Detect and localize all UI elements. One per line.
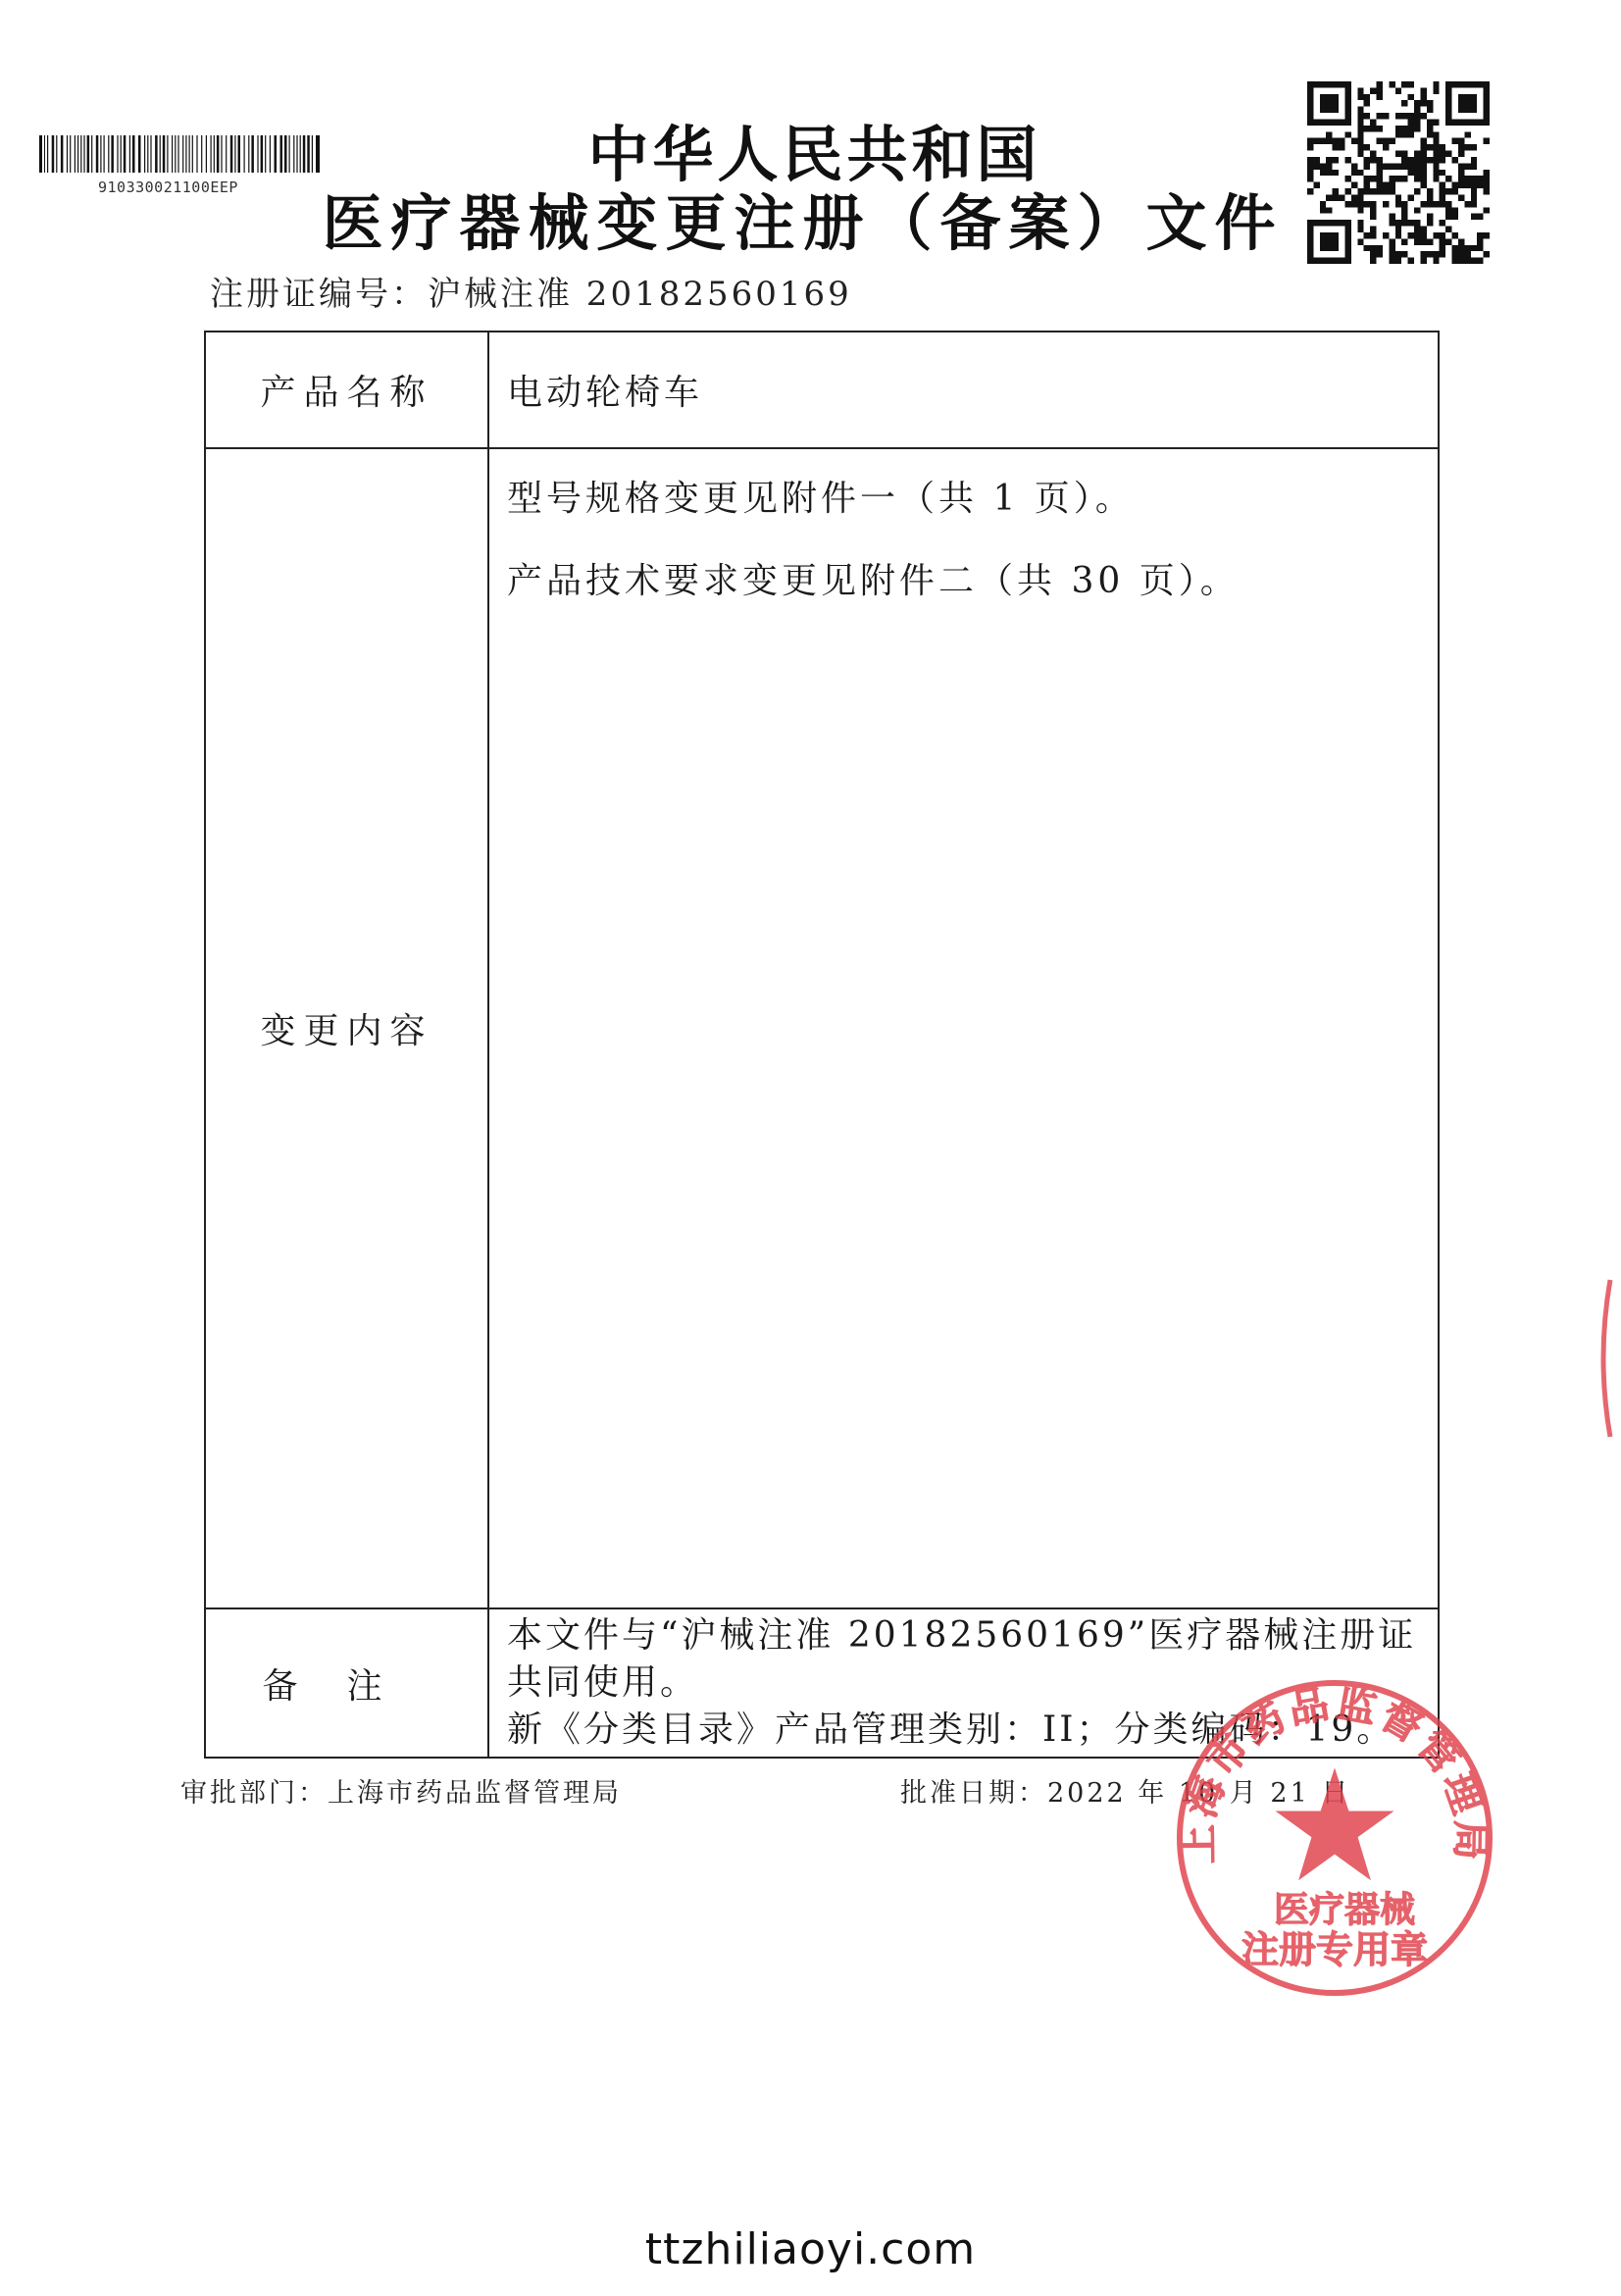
change-content-label: 变更内容 [205, 448, 488, 1608]
change-line-model-spec: 型号规格变更见附件一（共 1 页）。 [507, 469, 1438, 530]
table-row-change-content: 变更内容 型号规格变更见附件一（共 1 页）。 产品技术要求变更见附件二（共 3… [205, 448, 1439, 1608]
product-name-label: 产品名称 [205, 332, 488, 448]
svg-text:医疗器械: 医疗器械 [1274, 1889, 1415, 1930]
qr-code-icon [1307, 81, 1490, 264]
remarks-label: 备注 [205, 1608, 488, 1758]
registration-label: 注册证编号： [210, 275, 428, 314]
svg-text:注册专用章: 注册专用章 [1241, 1927, 1428, 1971]
change-content-value: 型号规格变更见附件一（共 1 页）。 产品技术要求变更见附件二（共 30 页）。 [488, 448, 1439, 1608]
registration-value: 沪械注准 20182560169 [428, 275, 852, 314]
official-seal-icon: 上海市药品监督管理局 医疗器械 注册专用章 [1173, 1676, 1496, 2000]
change-line-tech-requirements: 产品技术要求变更见附件二（共 30 页）。 [507, 551, 1438, 612]
table-row-product-name: 产品名称 电动轮椅车 [205, 332, 1439, 448]
approval-department: 审批部门：上海市药品监督管理局 [180, 1771, 622, 1810]
product-name-value: 电动轮椅车 [488, 332, 1439, 448]
remark-line-1: 本文件与“沪械注准 20182560169”医疗器械注册证 [507, 1612, 1438, 1659]
change-registration-table: 产品名称 电动轮椅车 变更内容 型号规格变更见附件一（共 1 页）。 产品技术要… [204, 331, 1440, 1759]
partial-seal-edge-icon [1598, 1275, 1621, 1442]
registration-number: 注册证编号：沪械注准 20182560169 [210, 267, 852, 315]
website-watermark: ttzhiliaoyi.com [0, 2224, 1621, 2274]
